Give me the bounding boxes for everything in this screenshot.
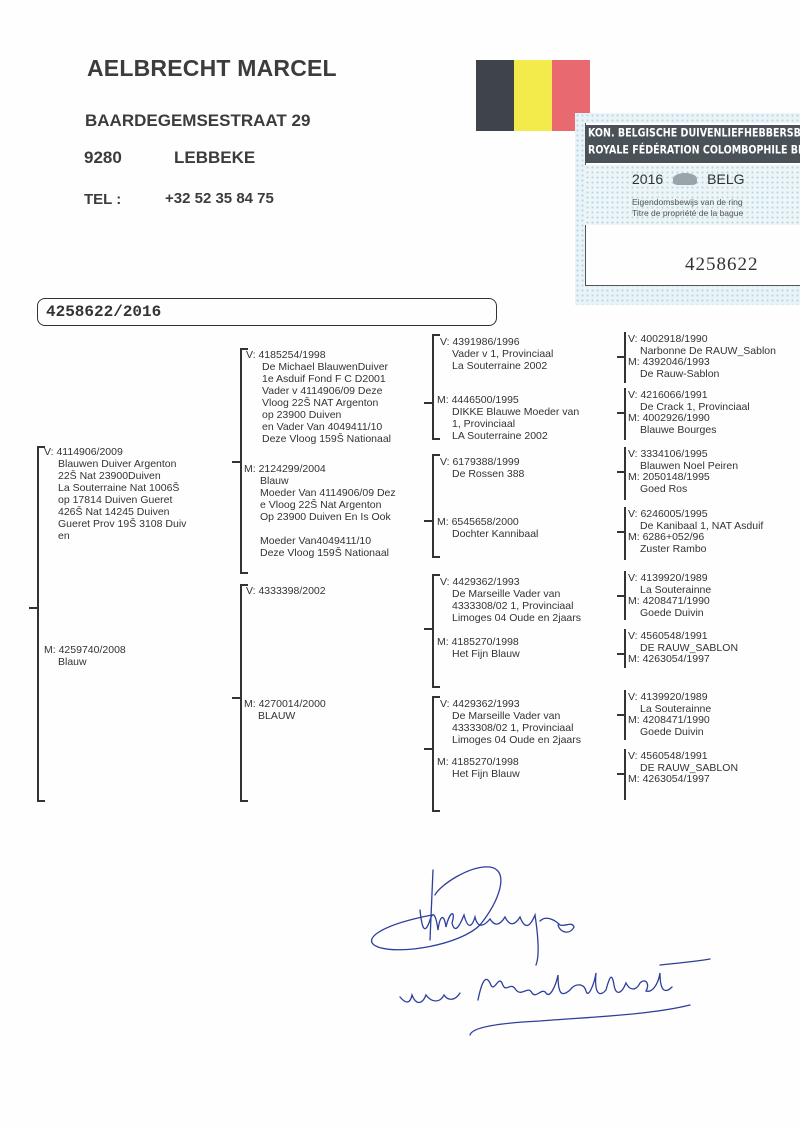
signature-loop — [372, 867, 501, 950]
card-year: 2016 — [632, 171, 663, 187]
parent-label: M: — [437, 394, 452, 406]
pedigree-entry: V: 4139920/1989La Souterainne — [628, 691, 711, 715]
pigeon-description: Blauwe Bourges — [628, 424, 716, 436]
owner-zip: 9280 — [84, 148, 122, 168]
pedigree-entry: V: 4560548/1991DE RAUW_SABLON — [628, 750, 738, 774]
ring-number: 4263054/1997 — [643, 653, 710, 665]
pedigree-entry: V: 6246005/1995De Kanibaal 1, NAT Asduif — [628, 508, 763, 532]
ring-number: 4391986/1996 — [452, 336, 519, 348]
ring-number: 4139920/1989 — [640, 572, 707, 584]
card-org-fr: ROYALE FÉDÉRATION COLOMBOPHILE BELGE — [588, 140, 800, 161]
card-line-nl: Eigendomsbewijs van de ring — [632, 197, 743, 207]
ring-number: 4560548/1991 — [640, 750, 707, 762]
signature-scribble — [420, 870, 574, 965]
pedigree-entry: V: 4429362/1993De Marseille Vader van 43… — [440, 698, 581, 746]
pedigree-connector — [617, 471, 625, 473]
ring-number: 4429362/1993 — [452, 698, 519, 710]
parent-label: M: — [628, 653, 643, 665]
pigeon-description: De Marseille Vader van 4333308/02 1, Pro… — [440, 710, 581, 746]
ring-number: 4259740/2008 — [59, 644, 126, 656]
parent-label: V: — [440, 576, 452, 588]
parent-label: V: — [246, 349, 258, 361]
pigeon-description: Blauw — [44, 656, 126, 668]
parent-label: M: — [44, 644, 59, 656]
pedigree-bracket-line — [624, 447, 626, 500]
pedigree-entry: M: 4446500/1995DIKKE Blauwe Moeder van 1… — [437, 394, 579, 442]
pigeon-description: BLAUW — [244, 710, 326, 722]
parent-label: V: — [628, 691, 640, 703]
ring-number: 4333398/2002 — [258, 585, 325, 597]
pedigree-entry: M: 4208471/1990Goede Duivin — [628, 714, 710, 738]
pedigree-entry: V: 4560548/1991DE RAUW_SABLON — [628, 630, 738, 654]
card-year-row: 2016 BELG — [632, 171, 745, 187]
pedigree-bracket-line — [624, 507, 626, 560]
pedigree-entry: V: 4185254/1998De Michael BlauwenDuiver … — [246, 349, 391, 445]
pedigree-bracket — [432, 454, 440, 558]
pigeon-description: Goede Duivin — [628, 607, 710, 619]
pedigree-connector — [617, 531, 625, 533]
pedigree-entry: V: 4114906/2009Blauwen Duiver Argenton 2… — [44, 446, 186, 542]
ring-number: 2124299/2004 — [259, 463, 326, 475]
parent-label: M: — [628, 714, 643, 726]
pedigree-entry: V: 4139920/1989La Souterainne — [628, 572, 711, 596]
parent-label: M: — [628, 531, 643, 543]
ring-number: 4270014/2000 — [259, 698, 326, 710]
ring-number: 6246005/1995 — [640, 508, 707, 520]
parent-label: M: — [437, 516, 452, 528]
parent-label: M: — [628, 412, 643, 424]
owner-street: BAARDEGEMSESTRAAT 29 — [85, 111, 310, 131]
pedigree-entry: M: 2124299/2004Blauw Moeder Van 4114906/… — [244, 463, 396, 559]
pedigree-entry: V: 3334106/1995Blauwen Noel Peiren — [628, 448, 738, 472]
pedigree-entry: M: 6286+052/96Zuster Rambo — [628, 531, 707, 555]
parent-label: M: — [628, 595, 643, 607]
pedigree-entry: M: 4263054/1997 — [628, 653, 710, 665]
ring-number: 4002926/1990 — [643, 412, 710, 424]
pedigree-connector — [424, 520, 432, 522]
pedigree-connector — [617, 412, 625, 414]
pedigree-connector — [617, 653, 625, 655]
crown-icon — [673, 173, 697, 185]
ring-number: 4208471/1990 — [643, 595, 710, 607]
pigeon-description: Het Fijn Blauw — [437, 648, 520, 660]
pedigree-connector — [617, 773, 625, 775]
ring-number: 4392046/1993 — [643, 356, 710, 368]
pedigree-connector — [424, 748, 432, 750]
pigeon-description: De Marseille Vader van 4333308/02 1, Pro… — [440, 588, 581, 624]
pedigree-connector — [617, 595, 625, 597]
pedigree-entry: M: 4270014/2000BLAUW — [244, 698, 326, 722]
signature-caption-stroke — [400, 959, 710, 1003]
ring-number: 4002918/1990 — [640, 333, 707, 345]
ring-number: 4429362/1993 — [452, 576, 519, 588]
parent-label: V: — [440, 456, 452, 468]
ring-number: 4139920/1989 — [640, 691, 707, 703]
pedigree-entry: V: 6179388/1999De Rossen 388 — [440, 456, 524, 480]
pigeon-description: Blauwen Duiver Argenton 22Š Nat 23900Dui… — [44, 458, 186, 542]
owner-tel: +32 52 35 84 75 — [165, 190, 274, 207]
ring-number: 2050148/1995 — [643, 471, 710, 483]
parent-label: M: — [628, 356, 643, 368]
pigeon-description: Dochter Kannibaal — [437, 528, 538, 540]
parent-label: M: — [244, 463, 259, 475]
pigeon-ring: 4258622/2016 — [46, 303, 161, 321]
pedigree-entry: M: 4263054/1997 — [628, 773, 710, 785]
ring-number: 4216066/1991 — [640, 389, 707, 401]
ring-number: 4208471/1990 — [643, 714, 710, 726]
flag-stripe-black — [476, 60, 514, 131]
owner-tel-label: TEL : — [84, 191, 121, 208]
pedigree-entry: M: 4185270/1998Het Fijn Blauw — [437, 756, 520, 780]
pedigree-connector — [424, 628, 432, 630]
pedigree-entry: V: 4002918/1990Narbonne De RAUW_Sablon — [628, 333, 776, 357]
parent-label: M: — [437, 636, 452, 648]
parent-label: V: — [628, 333, 640, 345]
pedigree-bracket-line — [624, 629, 626, 668]
pigeon-description: Blauw Moeder Van 4114906/09 Dez e Vloog … — [244, 475, 396, 559]
parent-label: V: — [246, 585, 258, 597]
card-country: BELG — [707, 171, 744, 187]
parent-label: V: — [628, 508, 640, 520]
parent-label: V: — [628, 750, 640, 762]
pedigree-entry: V: 4429362/1993De Marseille Vader van 43… — [440, 576, 581, 624]
belgian-flag-icon — [476, 60, 590, 131]
pedigree-connector — [617, 356, 625, 358]
pedigree-bracket — [432, 696, 440, 812]
owner-city: LEBBEKE — [174, 148, 255, 168]
pigeon-description: Goed Ros — [628, 483, 710, 495]
pigeon-description: Goede Duivin — [628, 726, 710, 738]
ring-number: 4185254/1998 — [258, 349, 325, 361]
pedigree-entry: M: 4002926/1990Blauwe Bourges — [628, 412, 716, 436]
pigeon-description: Vader v 1, Provinciaal La Souterraine 20… — [440, 348, 553, 372]
parent-label: V: — [440, 698, 452, 710]
parent-label: V: — [628, 572, 640, 584]
pedigree-connector — [424, 402, 432, 404]
pedigree-entry: M: 4392046/1993De Rauw-Sablon — [628, 356, 719, 380]
parent-label: V: — [628, 630, 640, 642]
pedigree-entry: M: 2050148/1995Goed Ros — [628, 471, 710, 495]
parent-label: V: — [440, 336, 452, 348]
parent-label: V: — [628, 448, 640, 460]
parent-label: M: — [437, 756, 452, 768]
pedigree-connector — [232, 697, 240, 699]
pedigree-entry: V: 4333398/2002 — [246, 585, 326, 597]
pigeon-ring-header: 4258622/2016 — [37, 298, 497, 326]
ring-number: 3334106/1995 — [640, 448, 707, 460]
parent-label: M: — [244, 698, 259, 710]
pedigree-bracket — [240, 584, 248, 802]
card-ring-number: 4258622 — [685, 254, 759, 276]
signature-underline — [470, 1005, 690, 1035]
flag-stripe-yellow — [514, 60, 552, 131]
card-banner: KON. BELGISCHE DUIVENLIEFHEBBERSBOND ROY… — [585, 125, 800, 163]
owner-name: AELBRECHT MARCEL — [87, 55, 337, 82]
signature — [360, 855, 740, 1045]
ring-number: 4114906/2009 — [56, 446, 122, 458]
ring-number: 6545658/2000 — [452, 516, 519, 528]
pigeon-description: De Rossen 388 — [440, 468, 524, 480]
ring-number: 6179388/1999 — [452, 456, 519, 468]
ring-number: 4185270/1998 — [452, 756, 519, 768]
pedigree-entry: M: 4185270/1998Het Fijn Blauw — [437, 636, 520, 660]
pigeon-description: De Michael BlauwenDuiver 1e Asduif Fond … — [246, 361, 391, 445]
pedigree-connector — [29, 607, 37, 609]
ring-number: 6286+052/96 — [643, 531, 705, 543]
parent-label: V: — [628, 389, 640, 401]
pedigree-bracket-line — [624, 388, 626, 440]
card-line-fr: Titre de propriété de la bague — [632, 208, 743, 218]
pedigree-bracket — [432, 574, 440, 688]
pedigree-entry: M: 4259740/2008Blauw — [44, 644, 126, 668]
pigeon-description: De Rauw-Sablon — [628, 368, 719, 380]
ring-number: 4560548/1991 — [640, 630, 707, 642]
ring-ownership-card: KON. BELGISCHE DUIVENLIEFHEBBERSBOND ROY… — [575, 113, 800, 305]
pedigree-connector — [232, 461, 240, 463]
pedigree-entry: V: 4216066/1991De Crack 1, Provinciaal — [628, 389, 750, 413]
pedigree-connector — [617, 714, 625, 716]
pedigree-entry: V: 4391986/1996Vader v 1, Provinciaal La… — [440, 336, 553, 372]
ring-number: 4185270/1998 — [452, 636, 519, 648]
pigeon-description: Het Fijn Blauw — [437, 768, 520, 780]
ring-number: 4446500/1995 — [452, 394, 519, 406]
parent-label: M: — [628, 773, 643, 785]
ring-number: 4263054/1997 — [643, 773, 710, 785]
pigeon-description: DIKKE Blauwe Moeder van 1, Provinciaal L… — [437, 406, 579, 442]
parent-label: V: — [44, 446, 56, 458]
pedigree-entry: M: 6545658/2000Dochter Kannibaal — [437, 516, 538, 540]
pedigree-entry: M: 4208471/1990Goede Duivin — [628, 595, 710, 619]
parent-label: M: — [628, 471, 643, 483]
pigeon-description: Zuster Rambo — [628, 543, 707, 555]
